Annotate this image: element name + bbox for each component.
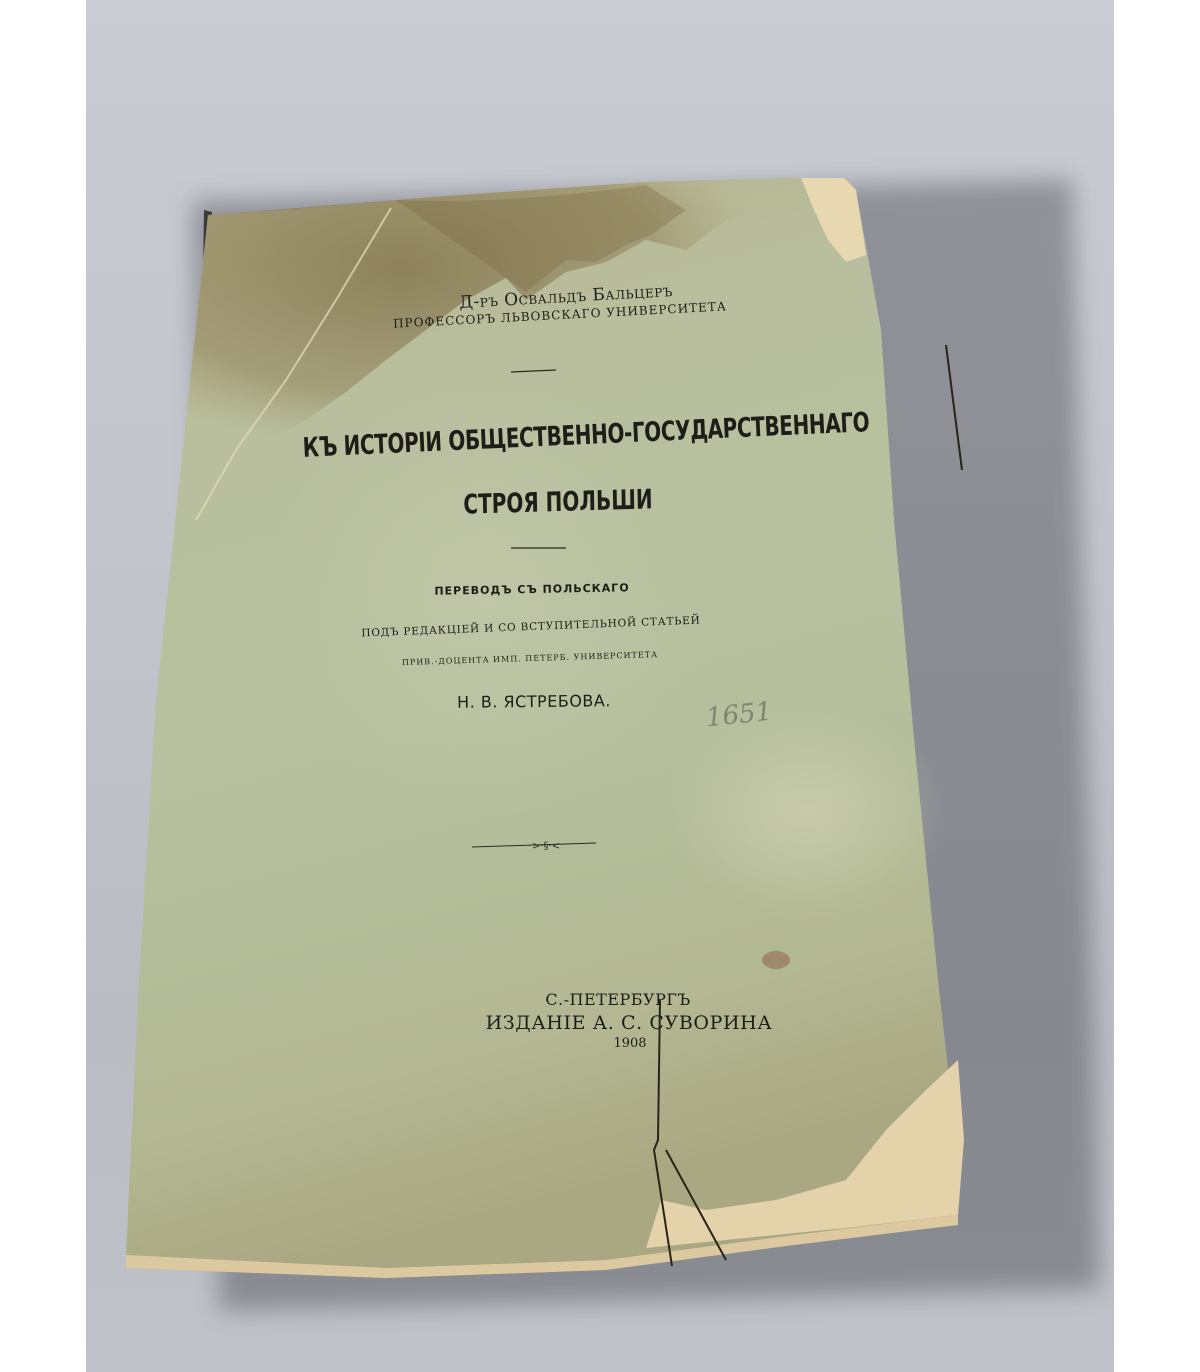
editor-name: Н. В. ЯСТРЕБОВА. — [457, 691, 611, 712]
book-title-line-2: СТРОЯ ПОЛЬШИ — [463, 484, 653, 520]
publication-city: С.-ПЕТЕРБУРГЪ — [545, 990, 690, 1009]
svg-text:>·§·<: >·§·< — [532, 841, 560, 852]
publisher: ИЗДАНІЕ А. С. СУВОРИНА — [486, 1012, 773, 1034]
photo-background: >·§·< Д-ръ Освальдъ Бальцеръ ПРОФЕССОРЪ … — [86, 0, 1114, 1372]
book-cover: >·§·< — [86, 0, 1114, 1372]
publication-year: 1908 — [613, 1036, 646, 1051]
